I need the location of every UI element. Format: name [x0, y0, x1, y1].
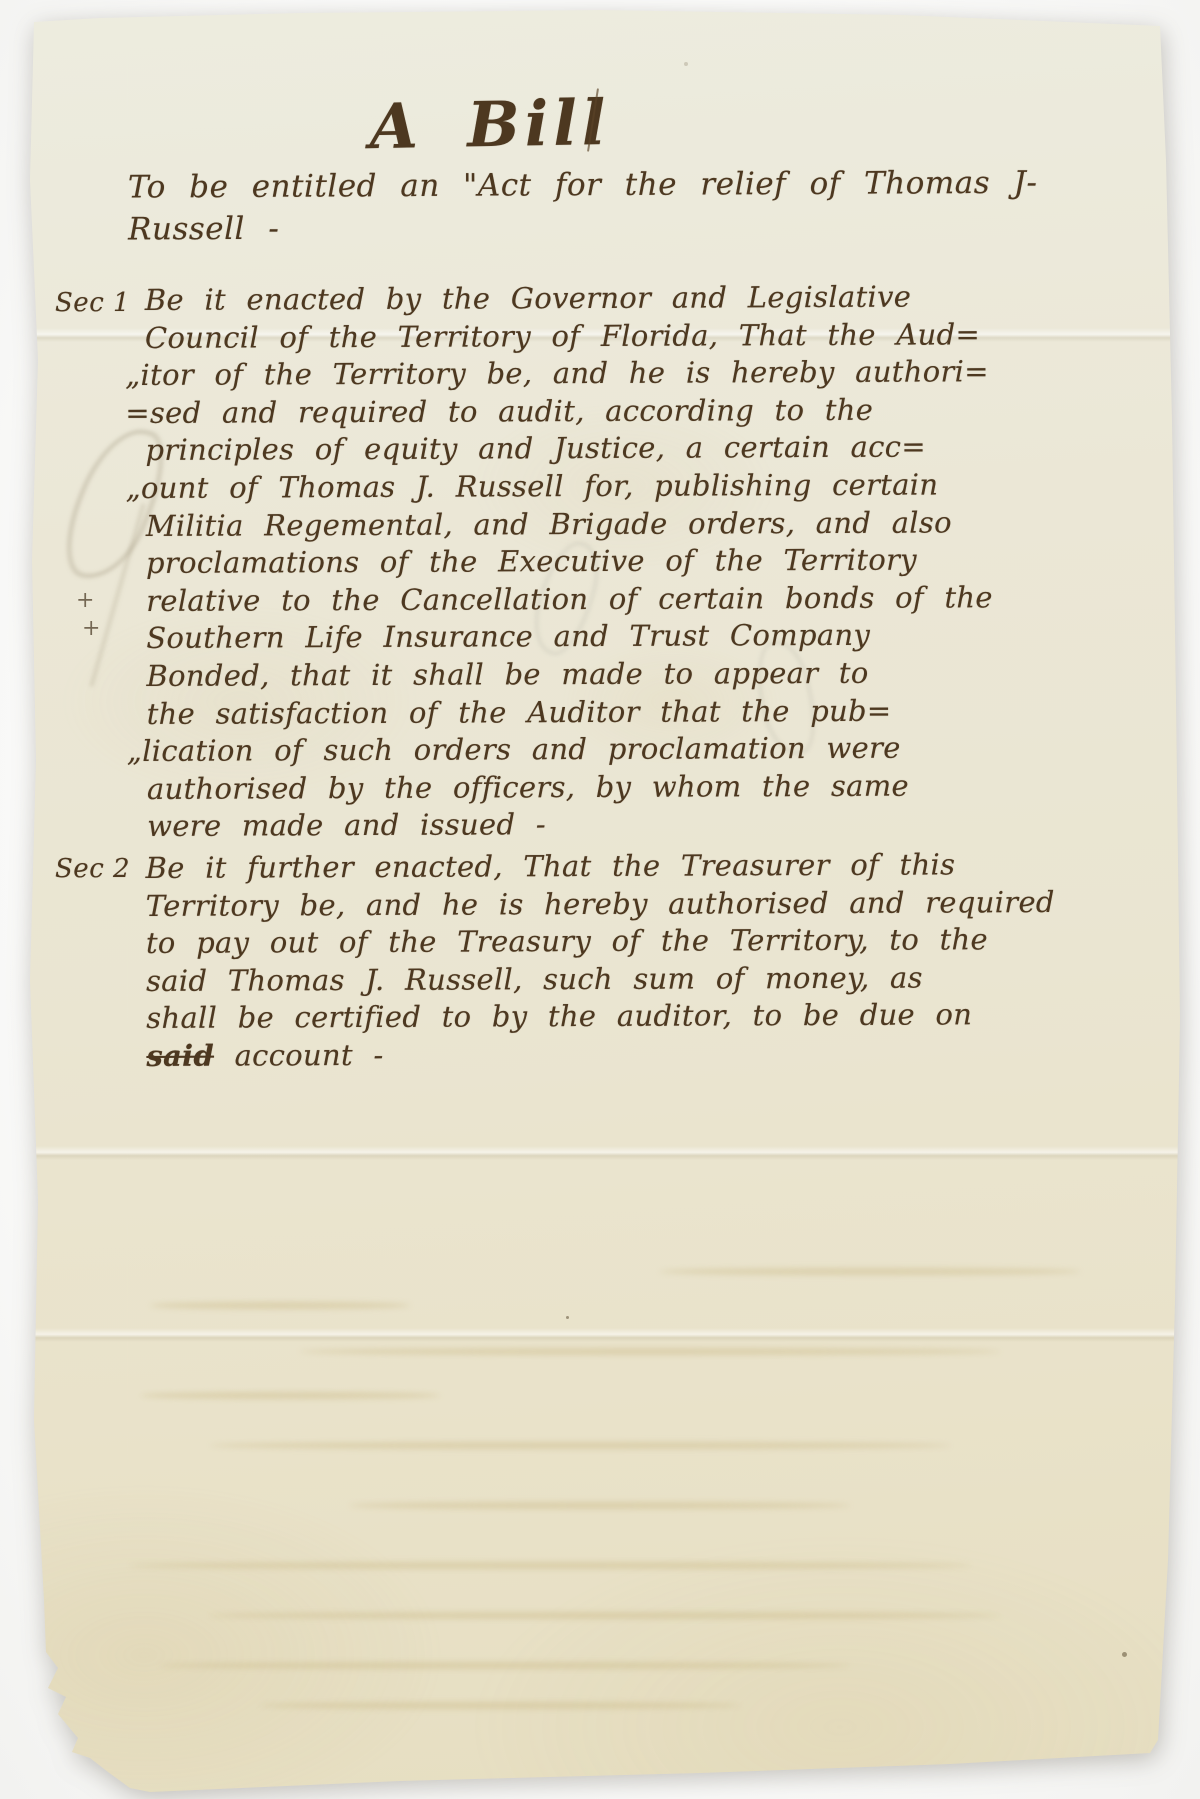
margin-mark: +: [82, 616, 100, 641]
bleedthrough-text-line: [150, 1302, 410, 1309]
manuscript-line: said Thomas J. Russell, such sum of mone…: [126, 959, 1056, 1001]
struck-word: said: [146, 1039, 214, 1073]
manuscript-line: Territory be, and he is hereby authorise…: [126, 884, 1056, 926]
bleedthrough-text-line: [210, 1612, 1000, 1619]
manuscript-line: „ount of Thomas J. Russell for, publishi…: [126, 466, 1056, 508]
document-photo: A Bill To be entitled an "Act for the re…: [0, 0, 1200, 1799]
manuscript-line: Be it further enacted, That the Treasure…: [126, 846, 1056, 888]
fold-crease: [0, 1146, 1200, 1160]
manuscript-line: authorised by the officers, by whom the …: [127, 767, 1057, 809]
manuscript-line: to pay out of the Treasury of the Territ…: [126, 921, 1056, 963]
paper-shadow: A Bill To be entitled an "Act for the re…: [0, 0, 1200, 1799]
manuscript-line: „itor of the Territory be, and he is her…: [125, 353, 1055, 395]
manuscript-line: Militia Regemental, and Brigade orders, …: [126, 504, 1056, 546]
manuscript-line-struck: said account -: [126, 1034, 1056, 1076]
bleedthrough-text-line: [210, 1442, 950, 1449]
section-2-text: Be it further enacted, That the Treasure…: [126, 846, 1057, 1076]
bill-title: A Bill: [329, 85, 650, 164]
ink-speck: [1122, 1652, 1127, 1657]
bill-subtitle: To be entitled an "Act for the relief of…: [128, 161, 1088, 250]
section-1-text: Be it enacted by the Governor and Legisl…: [125, 278, 1057, 846]
paper-sheet: A Bill To be entitled an "Act for the re…: [0, 0, 1200, 1799]
bleedthrough-text-line: [660, 1268, 1080, 1275]
manuscript-line: were made and issued -: [127, 804, 1057, 846]
manuscript-line: relative to the Cancellation of certain …: [126, 579, 1056, 621]
manuscript-line: principles of equity and Justice, a cert…: [125, 428, 1055, 470]
bleedthrough-text-line: [300, 1348, 1000, 1355]
subtitle-line: Russell -: [128, 203, 1088, 250]
manuscript-line: the satisfaction of the Auditor that the…: [127, 692, 1057, 734]
manuscript-line: Be it enacted by the Governor and Legisl…: [125, 278, 1055, 320]
bleedthrough-text-line: [350, 1502, 850, 1509]
manuscript-line: proclamations of the Executive of the Te…: [126, 541, 1056, 583]
bleedthrough-text-line: [260, 1702, 740, 1709]
manuscript-line: =sed and required to audit, according to…: [125, 391, 1055, 433]
manuscript-line: „lication of such orders and proclamatio…: [127, 729, 1057, 771]
margin-mark: +: [76, 588, 94, 613]
bleedthrough-text-line: [130, 1562, 970, 1569]
subtitle-line: To be entitled an "Act for the relief of…: [128, 161, 1088, 208]
bleedthrough-text-line: [140, 1392, 440, 1399]
ink-speck: [684, 62, 688, 66]
manuscript-line: Bonded, that it shall be made to appear …: [126, 654, 1056, 696]
manuscript-line: Southern Life Insurance and Trust Compan…: [126, 616, 1056, 658]
line-remainder: account -: [214, 1038, 384, 1073]
bleedthrough-text-line: [160, 1662, 850, 1669]
ink-speck: [566, 1316, 569, 1319]
section-1-label: Sec 1: [55, 288, 130, 318]
section-2-label: Sec 2: [55, 854, 130, 884]
fold-crease: [0, 1328, 1200, 1342]
manuscript-line: shall be certified to by the auditor, to…: [126, 996, 1056, 1038]
manuscript-line: Council of the Territory of Florida, Tha…: [125, 316, 1055, 358]
